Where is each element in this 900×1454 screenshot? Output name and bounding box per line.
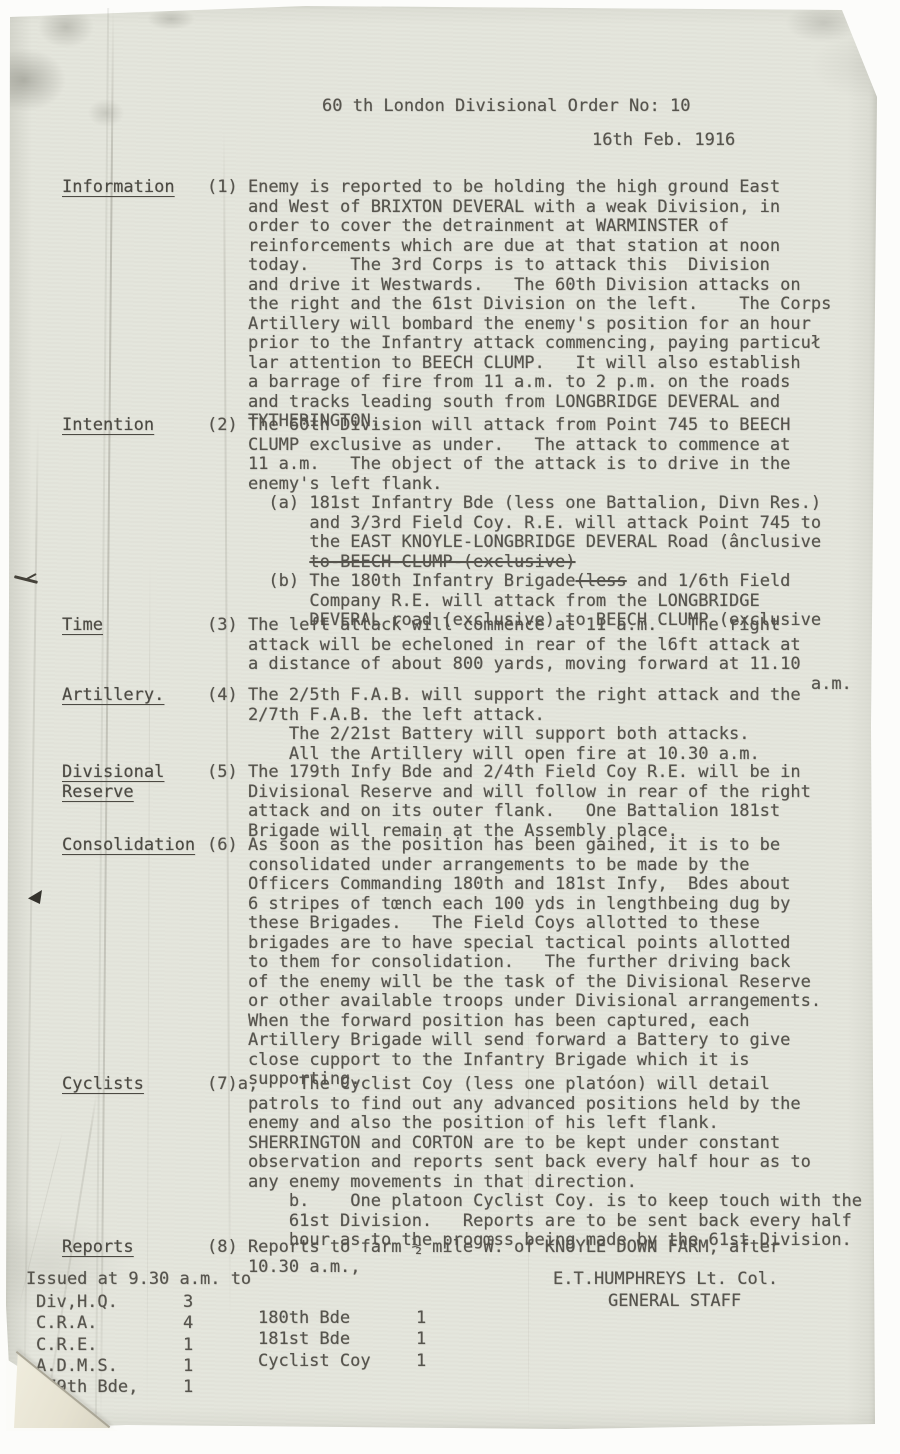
section-heading: Divisional Reserve (62, 763, 164, 802)
section-heading: Time (62, 616, 103, 636)
body-line: Artillery will bombard the enemy's posit… (207, 315, 831, 335)
body-line: and drive it Westwards. The 60th Divisio… (207, 276, 831, 296)
body-line: order to cover the detrainment at WARMIN… (207, 217, 831, 237)
section-body: (3) The left attack will commence at 11 … (207, 616, 852, 694)
section-heading: Cyclists (62, 1075, 144, 1095)
body-line: 6 stripes of tœnch each 100 yds in lengt… (207, 895, 821, 915)
distribution-label: C.R.E. (36, 1335, 138, 1356)
body-line: CLUMP exclusive as under. The attack to … (207, 436, 821, 456)
section-body: (4) The 2/5th F.A.B. will support the ri… (207, 686, 801, 764)
body-line: and 3/3rd Field Coy. R.E. will attack Po… (207, 514, 821, 534)
distribution-label: C.R.A. (36, 1313, 138, 1334)
text-segment: (b) The 180th Infantry Brigade (207, 571, 575, 591)
body-line: (2) The 60th Division will attack from P… (207, 416, 821, 436)
section-body: (6) As soon as the position has been gai… (207, 836, 821, 1090)
distribution-count: 1 (416, 1329, 426, 1350)
body-line: close cupport to the Infantry Brigade wh… (207, 1051, 821, 1071)
body-line: and tracks leading south from LONGBRIDGE… (207, 393, 831, 413)
body-line: attack and on its outer flank. One Batta… (207, 802, 811, 822)
distribution-mid-labels: 180th Bde181st BdeCyclist Coy (258, 1308, 371, 1372)
body-line: lar attention to BEECH CLUMP. It will al… (207, 354, 831, 374)
body-line: 2/7th F.A.B. the left attack. (207, 706, 801, 726)
body-line: (4) The 2/5th F.A.B. will support the ri… (207, 686, 801, 706)
body-line: When the forward position has been captu… (207, 1012, 821, 1032)
distribution-count: 4 (183, 1313, 193, 1334)
body-line: consolidated under arrangements to be ma… (207, 856, 821, 876)
distribution-count: 1 (183, 1377, 193, 1398)
section-body: (5) The 179th Infy Bde and 2/4th Field C… (207, 763, 811, 841)
distribution-count: 1 (416, 1351, 426, 1372)
section-heading: Information (62, 178, 175, 198)
body-line: these Brigades. The Field Coys allotted … (207, 914, 821, 934)
body-line: or other available troops under Division… (207, 992, 821, 1012)
body-line: enemy's left flank. (207, 475, 821, 495)
body-line: (6) As soon as the position has been gai… (207, 836, 821, 856)
body-line: prior to the Infantry attack commencing,… (207, 334, 831, 354)
document-date: 16th Feb. 1916 (592, 131, 735, 151)
body-line: observation and reports sent back every … (207, 1153, 862, 1173)
distribution-left-counts: 34111 (183, 1292, 193, 1398)
body-line: Divisional Reserve and will follow in re… (207, 783, 811, 803)
body-line: (1) Enemy is reported to be holding the … (207, 178, 831, 198)
distribution-label: Div,H.Q. (36, 1292, 138, 1313)
body-line: and West of BRIXTON DEVERAL with a weak … (207, 198, 831, 218)
distribution-label: Cyclist Coy (258, 1351, 371, 1372)
distribution-count: 1 (183, 1335, 193, 1356)
body-line: a distance of about 800 yards, moving fo… (207, 655, 852, 675)
issued-line: Issued at 9.30 a.m. to (26, 1270, 251, 1290)
body-line: to them for consolidation. The further d… (207, 953, 821, 973)
text-segment (207, 552, 309, 572)
body-line: Officers Commanding 180th and 181st Infy… (207, 875, 821, 895)
ink-mark (12, 572, 48, 588)
body-line: enemy and also the position of his left … (207, 1114, 862, 1134)
document-page: 60 th London Divisional Order No: 10 16t… (0, 0, 900, 1454)
body-line: (3) The left attack will commence at 11 … (207, 616, 852, 636)
body-line: brigades are to have special tactical po… (207, 934, 821, 954)
body-line: 11 a.m. The object of the attack is to d… (207, 455, 821, 475)
body-line: today. The 3rd Corps is to attack this D… (207, 256, 831, 276)
body-line: (b) The 180th Infantry Brigade(less and … (207, 572, 821, 592)
body-line: The 2/21st Battery will support both att… (207, 725, 801, 745)
body-line: the right and the 61st Division on the l… (207, 295, 831, 315)
body-line: (8) Reports to farm ½ mile W. of KNOYLE … (207, 1238, 780, 1258)
body-line: Artillery Brigade will send forward a Ba… (207, 1031, 821, 1051)
struck-text: (less (575, 571, 626, 591)
body-line: of the enemy will be the task of the Div… (207, 973, 821, 993)
distribution-count: 1 (183, 1356, 193, 1377)
section-body: (2) The 60th Division will attack from P… (207, 416, 821, 631)
body-line: a barrage of fire from 11 a.m. to 2 p.m.… (207, 373, 831, 393)
body-line: (a) 181st Infantry Bde (less one Battali… (207, 494, 821, 514)
body-line: the EAST KNOYLE-LONGBRIDGE DEVERAL Road … (207, 533, 821, 553)
body-line: b. One platoon Cyclist Coy. is to keep t… (207, 1192, 862, 1212)
distribution-label: A.D.M.S. (36, 1356, 138, 1377)
body-line: SHERRINGTON and CORTON are to be kept un… (207, 1134, 862, 1154)
body-line: (5) The 179th Infy Bde and 2/4th Field C… (207, 763, 811, 783)
body-line: reinforcements which are due at that sta… (207, 237, 831, 257)
section-heading: Artillery. (62, 686, 164, 706)
section-heading: Consolidation (62, 836, 195, 856)
text-segment: and 1/6th Field (627, 571, 791, 591)
distribution-label: 180th Bde (258, 1308, 371, 1329)
distribution-mid-counts: 111 (416, 1308, 426, 1372)
distribution-label: 181st Bde (258, 1329, 371, 1350)
section-body: (7)a, The Cyclist Coy (less one platóon)… (207, 1075, 862, 1251)
signature-name: E.T.HUMPHREYS Lt. Col. (553, 1270, 778, 1290)
distribution-count: 3 (183, 1292, 193, 1313)
struck-text: to-BEECH-CLUMP-(exclusive) (309, 552, 575, 572)
body-line: Company R.E. will attack from the LONGBR… (207, 592, 821, 612)
body-line: 61st Division. Reports are to be sent ba… (207, 1212, 862, 1232)
document-title: 60 th London Divisional Order No: 10 (322, 97, 690, 117)
section-heading: Intention (62, 416, 154, 436)
body-line: any enemy movements in that direction. (207, 1173, 862, 1193)
body-line: (7)a, The Cyclist Coy (less one platóon)… (207, 1075, 862, 1095)
signature-role: GENERAL STAFF (608, 1292, 741, 1312)
distribution-count: 1 (416, 1308, 426, 1329)
body-line: attack will be echeloned in rear of the … (207, 636, 852, 656)
section-body: (1) Enemy is reported to be holding the … (207, 178, 831, 432)
body-line: patrols to find out any advanced positio… (207, 1095, 862, 1115)
section-heading: Reports (62, 1238, 134, 1258)
body-line: to-BEECH-CLUMP-(exclusive) (207, 553, 821, 573)
